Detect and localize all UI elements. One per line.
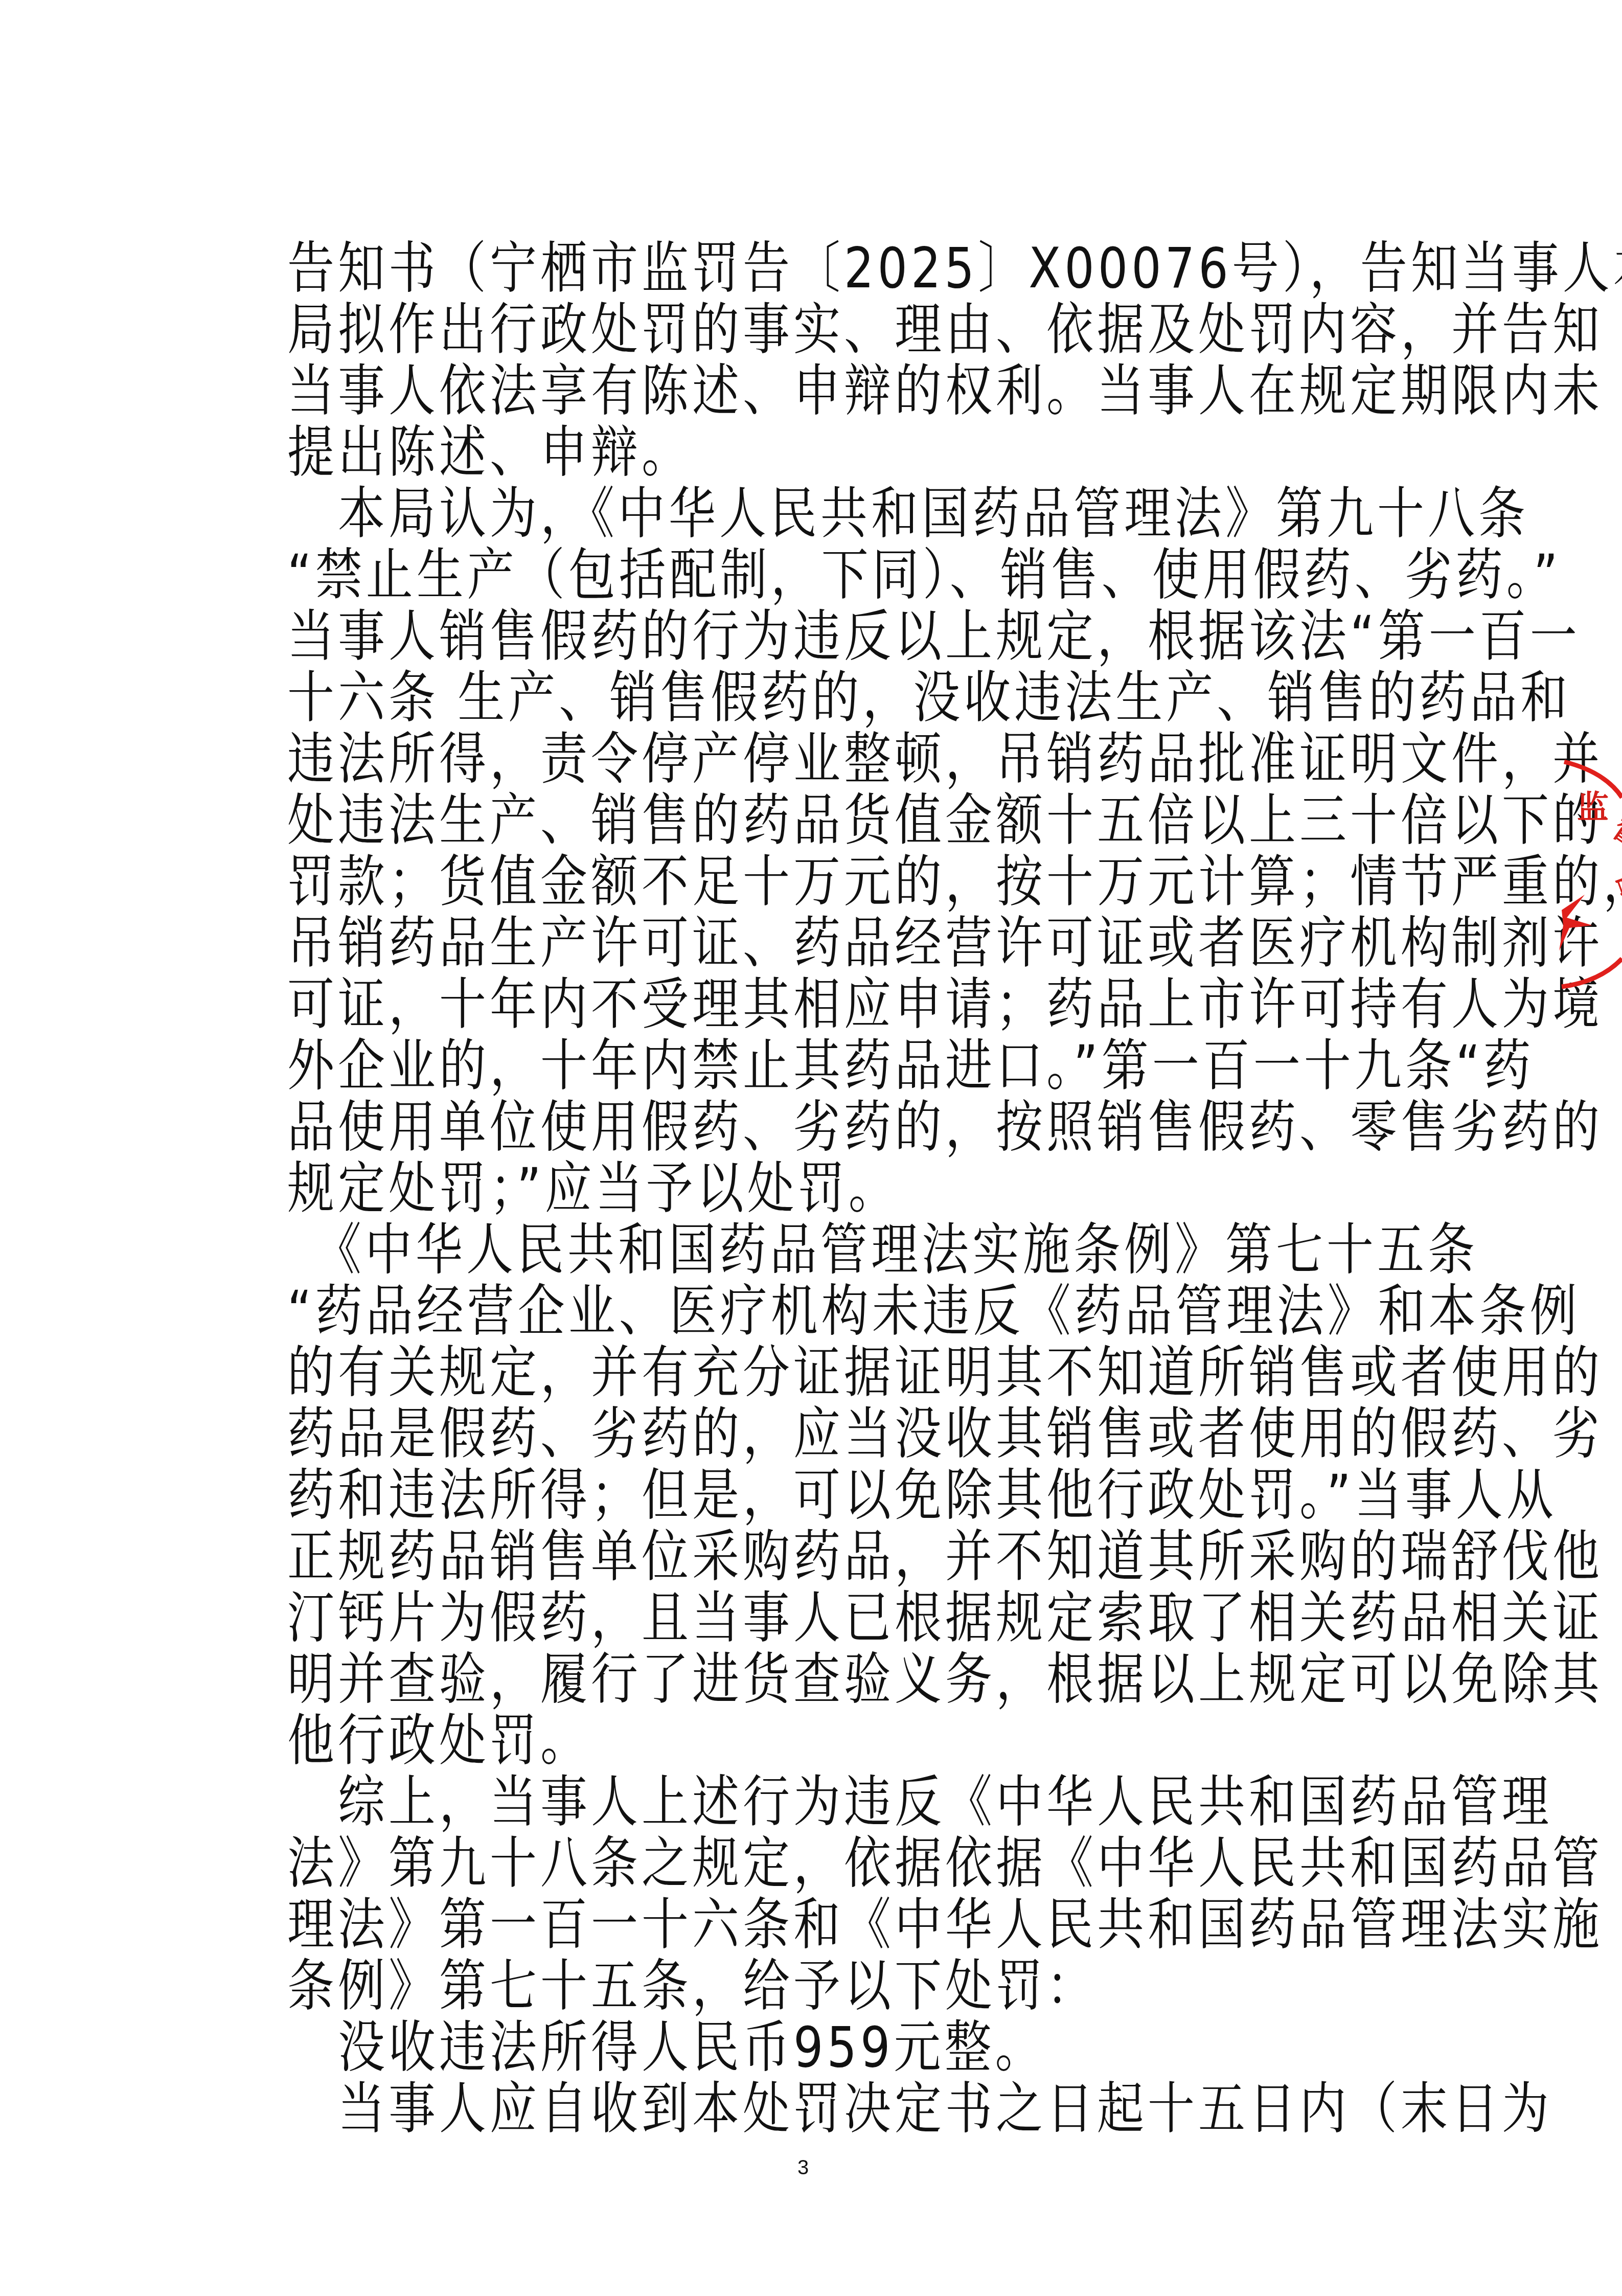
seal-icon: 监 督 管: [1508, 741, 1622, 1048]
document-page: 告知书（宁栖市监罚告〔2025〕X00076号），告知当事人本局拟作出行政处罚的…: [0, 0, 1622, 2296]
svg-text:监: 监: [1577, 788, 1609, 826]
svg-text:管: 管: [1609, 866, 1622, 902]
page-number: 3: [797, 2156, 809, 2179]
official-seal: 监 督 管: [1508, 741, 1622, 1048]
text-line: 当事人应自收到本处罚决定书之日起十五日内（末日为: [287, 2073, 1412, 2146]
